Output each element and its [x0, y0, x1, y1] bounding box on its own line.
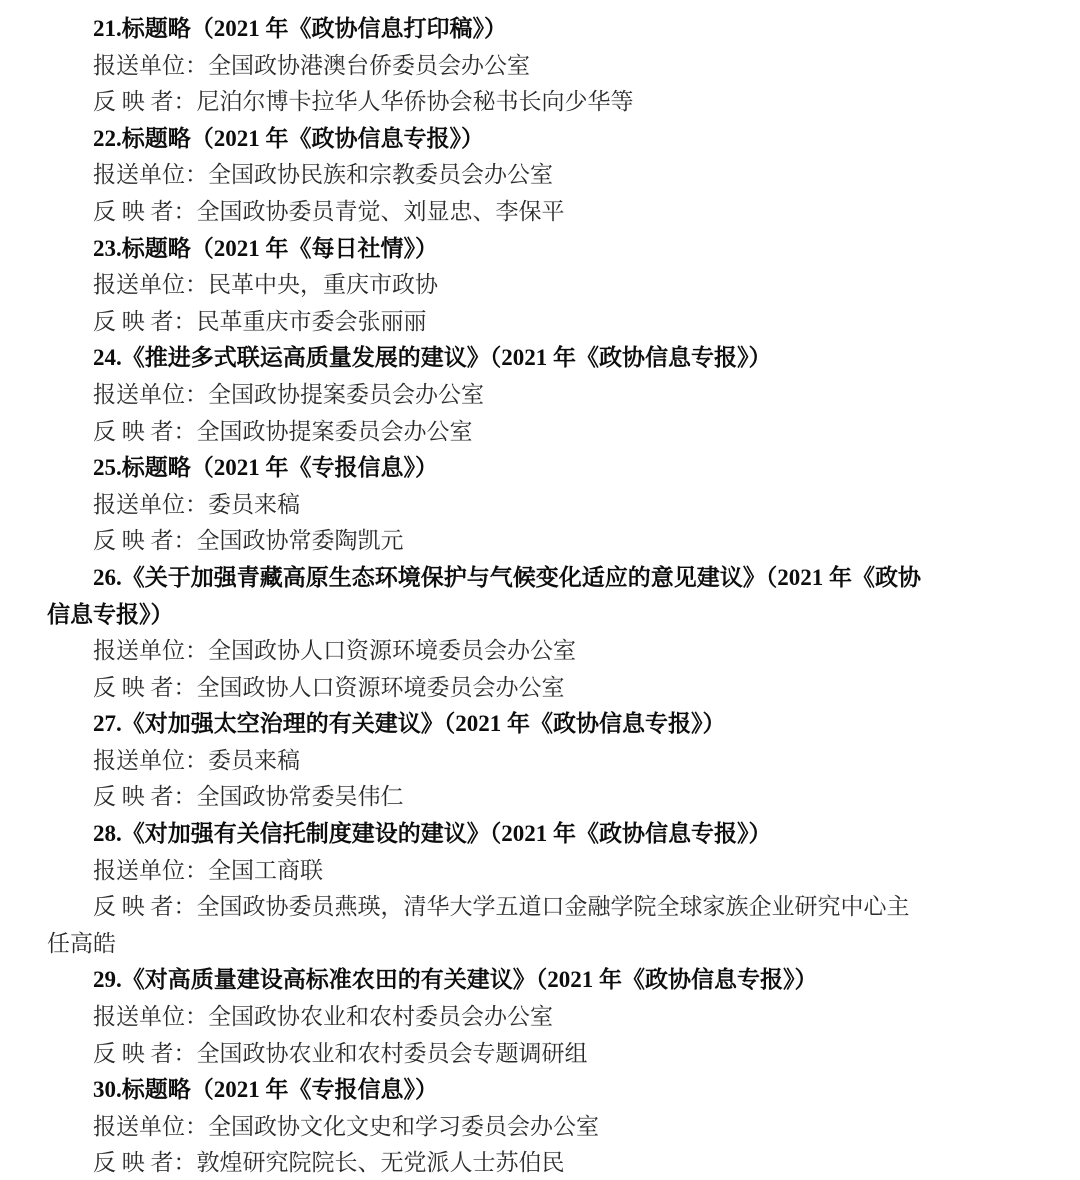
entry-reflector-line: 反 映 者：全国政协提案委员会办公室: [47, 414, 1040, 451]
submit-unit-label: 报送单位：: [93, 382, 208, 407]
document-page: 21.标题略（2021 年《政协信息打印稿》） 报送单位：全国政协港澳台侨委员会…: [0, 0, 1080, 1180]
entry-title-text: 标题略（2021 年《政协信息专报》）: [122, 126, 484, 151]
entry-title: 23.标题略（2021 年《每日社情》）: [47, 231, 1040, 268]
list-entry: 30.标题略（2021 年《专报信息》） 报送单位：全国政协文化文史和学习委员会…: [47, 1072, 1040, 1180]
entry-title-text: 标题略（2021 年《每日社情》）: [122, 236, 438, 261]
entry-title-text: 《对高质量建设高标准农田的有关建议》（2021 年《政协信息专报》）: [122, 967, 818, 992]
entry-title: 30.标题略（2021 年《专报信息》）: [47, 1072, 1040, 1109]
entry-submit-unit-line: 报送单位：委员来稿: [47, 487, 1040, 524]
list-entry: 23.标题略（2021 年《每日社情》） 报送单位：民革中央，重庆市政协 反 映…: [47, 231, 1040, 341]
entry-number: 22.: [93, 126, 122, 151]
reflector-label: 反 映 者：: [93, 89, 197, 114]
reflector-value: 全国政协常委陶凯元: [197, 528, 404, 553]
reflector-value: 全国政协委员青觉、刘显忠、李保平: [197, 199, 565, 224]
entry-submit-unit-line: 报送单位：委员来稿: [47, 743, 1040, 780]
entry-number: 25.: [93, 455, 122, 480]
entry-title-text: 《推进多式联运高质量发展的建议》（2021 年《政协信息专报》）: [122, 345, 772, 370]
entry-title-text: 标题略（2021 年《政协信息打印稿》）: [122, 16, 507, 41]
entry-number: 27.: [93, 711, 122, 736]
list-entry: 27.《对加强太空治理的有关建议》（2021 年《政协信息专报》） 报送单位：委…: [47, 706, 1040, 816]
reflector-label: 反 映 者：: [93, 199, 197, 224]
entry-title: 26.《关于加强青藏高原生态环境保护与气候变化适应的意见建议》（2021 年《政…: [47, 560, 1040, 633]
entry-title: 22.标题略（2021 年《政协信息专报》）: [47, 121, 1040, 158]
entry-reflector-line: 反 映 者：敦煌研究院院长、无党派人士苏伯民: [47, 1145, 1040, 1180]
entry-submit-unit-line: 报送单位：全国政协文化文史和学习委员会办公室: [47, 1109, 1040, 1146]
submit-unit-value: 全国政协人口资源环境委员会办公室: [208, 638, 576, 663]
entry-reflector-line: 反 映 者：全国政协委员燕瑛，清华大学五道口金融学院全球家族企业研究中心主 任高…: [47, 889, 1040, 962]
entry-title: 29.《对高质量建设高标准农田的有关建议》（2021 年《政协信息专报》）: [47, 962, 1040, 999]
entry-title: 24.《推进多式联运高质量发展的建议》（2021 年《政协信息专报》）: [47, 340, 1040, 377]
submit-unit-value: 全国政协港澳台侨委员会办公室: [208, 53, 530, 78]
entry-reflector-line: 反 映 者：全国政协常委陶凯元: [47, 523, 1040, 560]
reflector-value: 全国政协提案委员会办公室: [197, 419, 473, 444]
entry-number: 29.: [93, 967, 122, 992]
reflector-label: 反 映 者：: [93, 309, 197, 334]
entry-number: 21.: [93, 16, 122, 41]
entry-reflector-line: 反 映 者：尼泊尔博卡拉华人华侨协会秘书长向少华等: [47, 84, 1040, 121]
entry-reflector-line: 反 映 者：全国政协委员青觉、刘显忠、李保平: [47, 194, 1040, 231]
submit-unit-value: 全国政协文化文史和学习委员会办公室: [208, 1114, 599, 1139]
entry-number: 23.: [93, 236, 122, 261]
entry-title-text: 《对加强太空治理的有关建议》（2021 年《政协信息专报》）: [122, 711, 726, 736]
submit-unit-label: 报送单位：: [93, 492, 208, 517]
reflector-value: 民革重庆市委会张丽丽: [197, 309, 427, 334]
entry-submit-unit-line: 报送单位：全国政协提案委员会办公室: [47, 377, 1040, 414]
reflector-value: 全国政协人口资源环境委员会办公室: [197, 675, 565, 700]
entry-number: 24.: [93, 345, 122, 370]
reflector-value: 全国政协农业和农村委员会专题调研组: [197, 1041, 588, 1066]
entry-submit-unit-line: 报送单位：全国工商联: [47, 853, 1040, 890]
reflector-value: 尼泊尔博卡拉华人华侨协会秘书长向少华等: [197, 89, 634, 114]
list-entry: 29.《对高质量建设高标准农田的有关建议》（2021 年《政协信息专报》） 报送…: [47, 962, 1040, 1072]
entry-title-text: 《关于加强青藏高原生态环境保护与气候变化适应的意见建议》（2021 年《政协 信…: [47, 565, 921, 627]
entry-reflector-line: 反 映 者：民革重庆市委会张丽丽: [47, 304, 1040, 341]
entry-title: 28.《对加强有关信托制度建设的建议》（2021 年《政协信息专报》）: [47, 816, 1040, 853]
entry-title-text: 标题略（2021 年《专报信息》）: [122, 1077, 438, 1102]
reflector-label: 反 映 者：: [93, 528, 197, 553]
reflector-label: 反 映 者：: [93, 419, 197, 444]
submit-unit-label: 报送单位：: [93, 53, 208, 78]
entry-reflector-line: 反 映 者：全国政协农业和农村委员会专题调研组: [47, 1036, 1040, 1073]
list-entry: 24.《推进多式联运高质量发展的建议》（2021 年《政协信息专报》） 报送单位…: [47, 340, 1040, 450]
submit-unit-label: 报送单位：: [93, 748, 208, 773]
reflector-label: 反 映 者：: [93, 1041, 197, 1066]
reflector-value: 全国政协常委吴伟仁: [197, 784, 404, 809]
submit-unit-value: 全国政协民族和宗教委员会办公室: [208, 162, 553, 187]
submit-unit-value: 全国工商联: [208, 858, 323, 883]
list-entry: 21.标题略（2021 年《政协信息打印稿》） 报送单位：全国政协港澳台侨委员会…: [47, 11, 1040, 121]
reflector-label: 反 映 者：: [93, 784, 197, 809]
entries-list: 21.标题略（2021 年《政协信息打印稿》） 报送单位：全国政协港澳台侨委员会…: [47, 11, 1040, 1180]
submit-unit-label: 报送单位：: [93, 272, 208, 297]
entry-title: 21.标题略（2021 年《政协信息打印稿》）: [47, 11, 1040, 48]
entry-submit-unit-line: 报送单位：全国政协港澳台侨委员会办公室: [47, 48, 1040, 85]
submit-unit-label: 报送单位：: [93, 1004, 208, 1029]
submit-unit-value: 委员来稿: [208, 748, 300, 773]
entry-number: 30.: [93, 1077, 122, 1102]
entry-submit-unit-line: 报送单位：民革中央，重庆市政协: [47, 267, 1040, 304]
entry-title-text: 标题略（2021 年《专报信息》）: [122, 455, 438, 480]
submit-unit-value: 委员来稿: [208, 492, 300, 517]
list-entry: 28.《对加强有关信托制度建设的建议》（2021 年《政协信息专报》） 报送单位…: [47, 816, 1040, 962]
submit-unit-label: 报送单位：: [93, 162, 208, 187]
reflector-label: 反 映 者：: [93, 675, 197, 700]
reflector-value: 敦煌研究院院长、无党派人士苏伯民: [197, 1150, 565, 1175]
entry-submit-unit-line: 报送单位：全国政协民族和宗教委员会办公室: [47, 157, 1040, 194]
entry-title: 25.标题略（2021 年《专报信息》）: [47, 450, 1040, 487]
reflector-label: 反 映 者：: [93, 894, 197, 919]
submit-unit-value: 全国政协提案委员会办公室: [208, 382, 484, 407]
list-entry: 22.标题略（2021 年《政协信息专报》） 报送单位：全国政协民族和宗教委员会…: [47, 121, 1040, 231]
reflector-label: 反 映 者：: [93, 1150, 197, 1175]
entry-submit-unit-line: 报送单位：全国政协人口资源环境委员会办公室: [47, 633, 1040, 670]
entry-title: 27.《对加强太空治理的有关建议》（2021 年《政协信息专报》）: [47, 706, 1040, 743]
list-entry: 25.标题略（2021 年《专报信息》） 报送单位：委员来稿 反 映 者：全国政…: [47, 450, 1040, 560]
submit-unit-label: 报送单位：: [93, 638, 208, 663]
entry-reflector-line: 反 映 者：全国政协人口资源环境委员会办公室: [47, 670, 1040, 707]
list-entry: 26.《关于加强青藏高原生态环境保护与气候变化适应的意见建议》（2021 年《政…: [47, 560, 1040, 706]
submit-unit-label: 报送单位：: [93, 858, 208, 883]
entry-submit-unit-line: 报送单位：全国政协农业和农村委员会办公室: [47, 999, 1040, 1036]
entry-reflector-line: 反 映 者：全国政协常委吴伟仁: [47, 779, 1040, 816]
entry-number: 26.: [93, 565, 122, 590]
entry-number: 28.: [93, 821, 122, 846]
entry-title-text: 《对加强有关信托制度建设的建议》（2021 年《政协信息专报》）: [122, 821, 772, 846]
submit-unit-label: 报送单位：: [93, 1114, 208, 1139]
submit-unit-value: 全国政协农业和农村委员会办公室: [208, 1004, 553, 1029]
submit-unit-value: 民革中央，重庆市政协: [208, 272, 438, 297]
